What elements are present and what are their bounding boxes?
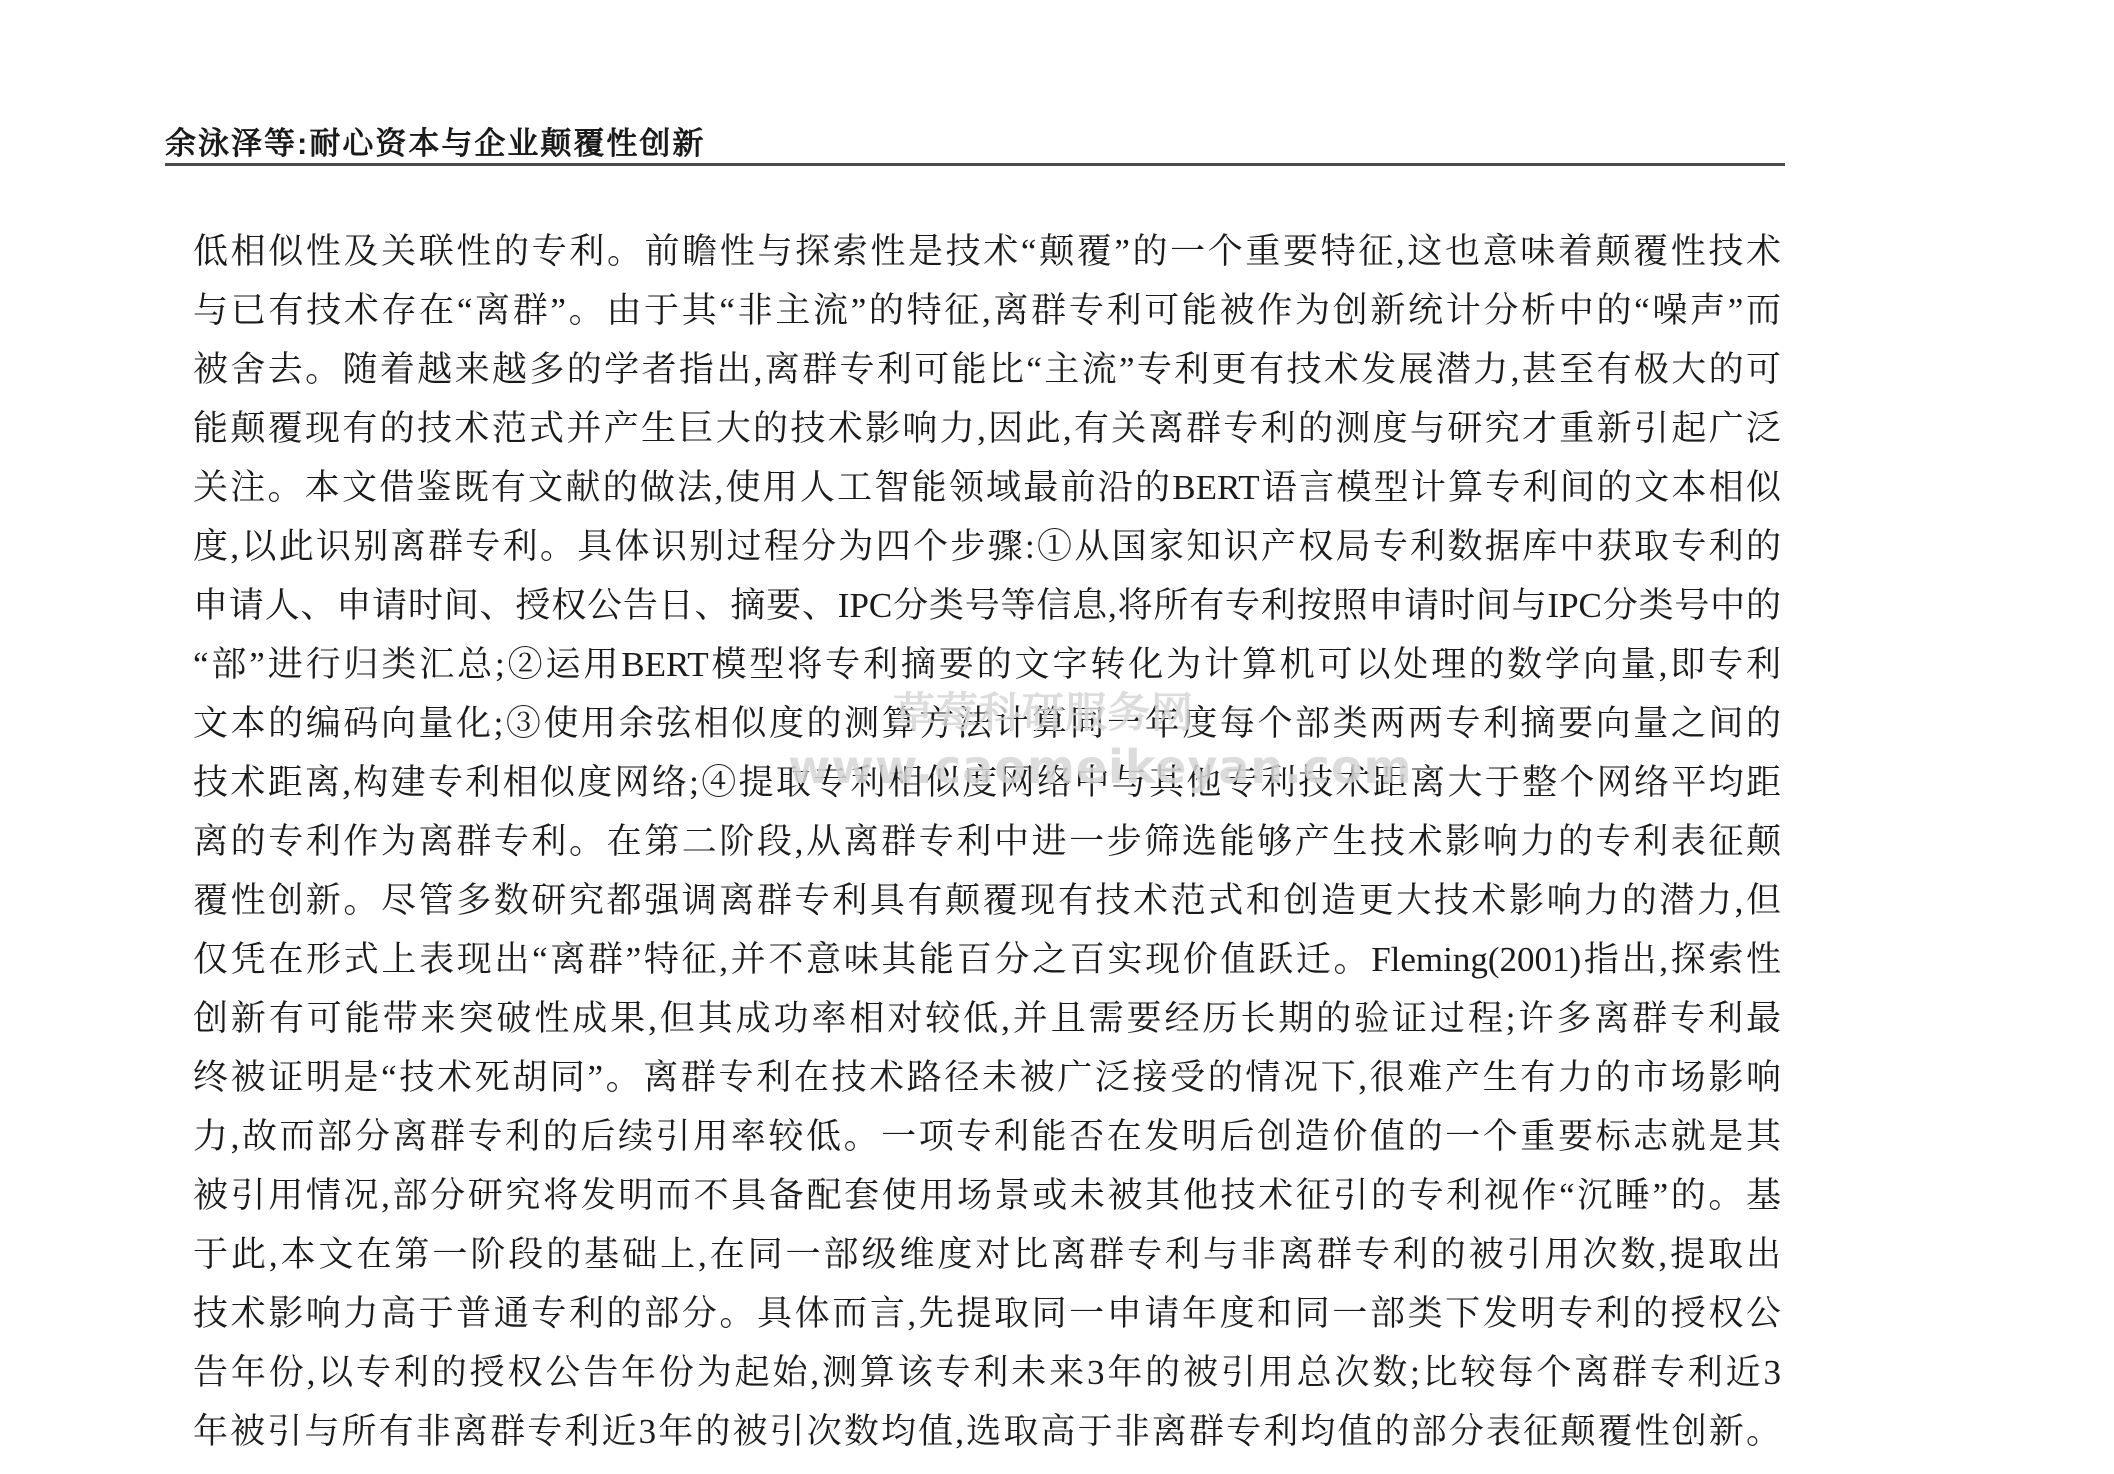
body-line: 覆性创新。尽管多数研究都强调离群专利具有颠覆现有技术范式和创造更大技术影响力的潜… <box>193 871 1781 930</box>
body-line: 低相似性及关联性的专利。前瞻性与探索性是技术“颠覆”的一个重要特征,这也意味着颠… <box>193 222 1781 281</box>
body-paragraph: 低相似性及关联性的专利。前瞻性与探索性是技术“颠覆”的一个重要特征,这也意味着颠… <box>193 222 1781 1461</box>
body-line: 关注。本文借鉴既有文献的做法,使用人工智能领域最前沿的BERT语言模型计算专利间… <box>193 458 1781 517</box>
body-line: 技术影响力高于普通专利的部分。具体而言,先提取同一申请年度和同一部类下发明专利的… <box>193 1284 1781 1343</box>
body-line: 于此,本文在第一阶段的基础上,在同一部级维度对比离群专利与非离群专利的被引用次数… <box>193 1225 1781 1284</box>
body-line: 与已有技术存在“离群”。由于其“非主流”的特征,离群专利可能被作为创新统计分析中… <box>193 281 1781 340</box>
body-line: 创新有可能带来突破性成果,但其成功率相对较低,并且需要经历长期的验证过程;许多离… <box>193 989 1781 1048</box>
body-line: 告年份,以专利的授权公告年份为起始,测算该专利未来3年的被引用总次数;比较每个离… <box>193 1343 1781 1402</box>
body-line: 力,故而部分离群专利的后续引用率较低。一项专利能否在发明后创造价值的一个重要标志… <box>193 1107 1781 1166</box>
body-line: 度,以此识别离群专利。具体识别过程分为四个步骤:①从国家知识产权局专利数据库中获… <box>193 517 1781 576</box>
body-line: 文本的编码向量化;③使用余弦相似度的测算方法计算同一年度每个部类两两专利摘要向量… <box>193 694 1781 753</box>
body-line: “部”进行归类汇总;②运用BERT模型将专利摘要的文字转化为计算机可以处理的数学… <box>193 635 1781 694</box>
paper-page: 余泳泽等:耐心资本与企业颠覆性创新 低相似性及关联性的专利。前瞻性与探索性是技术… <box>0 0 2114 1474</box>
body-line: 被舍去。随着越来越多的学者指出,离群专利可能比“主流”专利更有技术发展潜力,甚至… <box>193 340 1781 399</box>
body-line: 年被引与所有非离群专利近3年的被引次数均值,选取高于非离群专利均值的部分表征颠覆… <box>193 1402 1781 1461</box>
body-line: 终被证明是“技术死胡同”。离群专利在技术路径未被广泛接受的情况下,很难产生有力的… <box>193 1048 1781 1107</box>
body-line: 被引用情况,部分研究将发明而不具备配套使用场景或未被其他技术征引的专利视作“沉睡… <box>193 1166 1781 1225</box>
body-line: 申请人、申请时间、授权公告日、摘要、IPC分类号等信息,将所有专利按照申请时间与… <box>193 576 1781 635</box>
body-line: 能颠覆现有的技术范式并产生巨大的技术影响力,因此,有关离群专利的测度与研究才重新… <box>193 399 1781 458</box>
body-line: 仅凭在形式上表现出“离群”特征,并不意味其能百分之百实现价值跃迁。Fleming… <box>193 930 1781 989</box>
body-line: 离的专利作为离群专利。在第二阶段,从离群专利中进一步筛选能够产生技术影响力的专利… <box>193 812 1781 871</box>
running-header-title: 余泳泽等:耐心资本与企业颠覆性创新 <box>165 118 705 163</box>
body-line: 技术距离,构建专利相似度网络;④提取专利相似度网络中与其他专利技术距离大于整个网… <box>193 753 1781 812</box>
header-rule <box>165 163 1785 166</box>
